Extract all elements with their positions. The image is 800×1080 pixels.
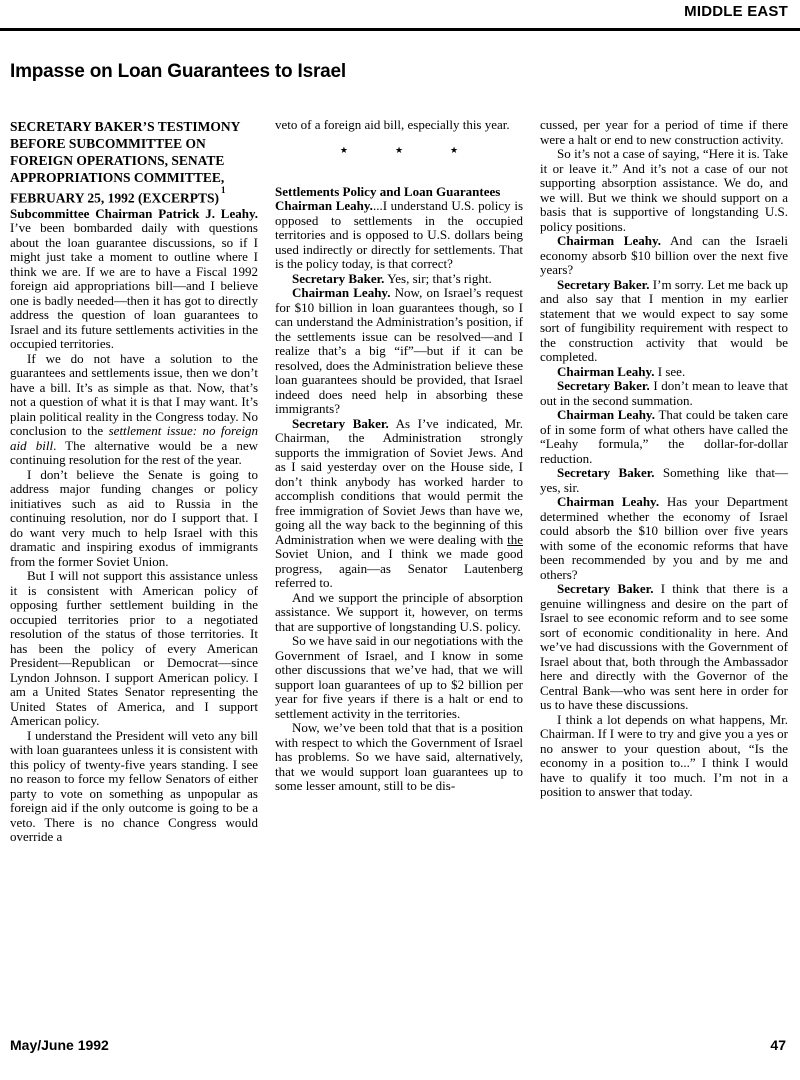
article-title: Impasse on Loan Guarantees to Israel	[0, 61, 800, 83]
speech-text: Soviet Union, and I think we made good p…	[275, 546, 523, 590]
speech-paragraph: I think a lot depends on what happens, M…	[540, 713, 788, 800]
page-number: 47	[770, 1037, 786, 1053]
speaker-name: Secretary Baker.	[557, 378, 650, 393]
speech-paragraph: Secretary Baker. Something like that—yes…	[540, 466, 788, 495]
footnote-marker: 1	[221, 185, 226, 195]
subsection-heading: Settlements Policy and Loan Guarantees	[275, 185, 523, 200]
speech-paragraph: Secretary Baker. I’m sorry. Let me back …	[540, 278, 788, 365]
header-rule	[0, 28, 800, 31]
speech-paragraph: I don’t believe the Senate is going to a…	[10, 468, 258, 570]
speech-paragraph: Chairman Leahy. I see.	[540, 365, 788, 380]
speech-paragraph: Secretary Baker. As I’ve indicated, Mr. …	[275, 417, 523, 591]
speech-paragraph: If we do not have a solution to the guar…	[10, 352, 258, 468]
underlined-word: the	[507, 532, 523, 547]
speech-paragraph: Chairman Leahy. That could be taken care…	[540, 408, 788, 466]
star-glyph: ★	[340, 146, 348, 156]
speech-text: And we support the principle of absorpti…	[275, 590, 523, 634]
article-body: SECRETARY BAKER’S TESTIMONY BEFORE SUBCO…	[0, 118, 800, 845]
continuation-paragraph: cussed, per year for a period of time if…	[540, 118, 788, 147]
running-head: MIDDLE EAST	[0, 0, 800, 21]
speech-paragraph: So it’s not a case of saying, “Here it i…	[540, 147, 788, 234]
speech-paragraph: Chairman Leahy. Has your Department dete…	[540, 495, 788, 582]
speech-paragraph: Secretary Baker. Yes, sir; that’s right.	[275, 272, 523, 287]
speaker-name: Chairman Leahy.	[557, 364, 655, 379]
speech-paragraph: Chairman Leahy. Now, on Israel’s request…	[275, 286, 523, 417]
speech-paragraph: And we support the principle of absorpti…	[275, 591, 523, 635]
issue-date: May/June 1992	[10, 1037, 109, 1053]
speaker-name: Chairman Leahy.	[275, 198, 373, 213]
testimony-heading: SECRETARY BAKER’S TESTIMONY BEFORE SUBCO…	[10, 118, 258, 207]
speech-text: I don’t believe the Senate is going to a…	[10, 467, 258, 569]
speech-paragraph: But I will not support this assistance u…	[10, 569, 258, 729]
speaker-name: Secretary Baker.	[557, 277, 649, 292]
speech-paragraph: Chairman Leahy. And can the Israeli econ…	[540, 234, 788, 278]
column-3: cussed, per year for a period of time if…	[540, 118, 788, 845]
speech-text: I think that there is a genuine willingn…	[540, 581, 788, 712]
continuation-paragraph: veto of a foreign aid bill, especially t…	[275, 118, 523, 133]
column-1: SECRETARY BAKER’S TESTIMONY BEFORE SUBCO…	[10, 118, 258, 845]
speaker-name: Subcommittee Chairman Patrick J. Leahy.	[10, 206, 258, 221]
section-separator: ★ ★ ★	[275, 146, 523, 156]
magazine-page: MIDDLE EAST Impasse on Loan Guarantees t…	[0, 0, 800, 1080]
column-2: veto of a foreign aid bill, especially t…	[275, 118, 523, 845]
speech-paragraph: So we have said in our negotiations with…	[275, 634, 523, 721]
star-glyph: ★	[450, 146, 458, 156]
speech-paragraph: Chairman Leahy....I understand U.S. poli…	[275, 199, 523, 272]
speaker-name: Chairman Leahy.	[557, 494, 659, 509]
section-label: MIDDLE EAST	[684, 3, 788, 20]
speaker-name: Secretary Baker.	[292, 416, 389, 431]
page-footer: May/June 1992 47	[10, 1037, 786, 1053]
speech-text: As I’ve indicated, Mr. Chairman, the Adm…	[275, 416, 523, 547]
speech-text: So it’s not a case of saying, “Here it i…	[540, 146, 788, 234]
speaker-name: Secretary Baker.	[557, 581, 653, 596]
speech-text: cussed, per year for a period of time if…	[540, 117, 788, 147]
speech-paragraph: Secretary Baker. I think that there is a…	[540, 582, 788, 713]
speech-paragraph: Now, we’ve been told that that is a posi…	[275, 721, 523, 794]
speech-text: Yes, sir; that’s right.	[387, 271, 492, 286]
speaker-name: Secretary Baker.	[557, 465, 655, 480]
star-glyph: ★	[395, 146, 403, 156]
speaker-name: Chairman Leahy.	[557, 233, 661, 248]
speech-paragraph: Secretary Baker. I don’t mean to leave t…	[540, 379, 788, 408]
speaker-name: Chairman Leahy.	[557, 407, 655, 422]
speech-paragraph: I understand the President will veto any…	[10, 729, 258, 845]
speech-text: I think a lot depends on what happens, M…	[540, 712, 788, 800]
speech-text: veto of a foreign aid bill, especially t…	[275, 117, 510, 132]
speech-text: So we have said in our negotiations with…	[275, 633, 523, 721]
speech-text: I see.	[658, 364, 685, 379]
speech-text: But I will not support this assistance u…	[10, 568, 258, 728]
speaker-name: Secretary Baker.	[292, 271, 384, 286]
speaker-name: Chairman Leahy.	[292, 285, 390, 300]
speech-text: I understand the President will veto any…	[10, 728, 258, 845]
speech-paragraph: Subcommittee Chairman Patrick J. Leahy. …	[10, 207, 258, 352]
speech-text: I’ve been bombarded daily with questions…	[10, 220, 258, 351]
testimony-heading-text: SECRETARY BAKER’S TESTIMONY BEFORE SUBCO…	[10, 119, 240, 206]
speech-text: Now, we’ve been told that that is a posi…	[275, 720, 523, 793]
speech-text: Now, on Israel’s request for $10 billion…	[275, 285, 523, 416]
